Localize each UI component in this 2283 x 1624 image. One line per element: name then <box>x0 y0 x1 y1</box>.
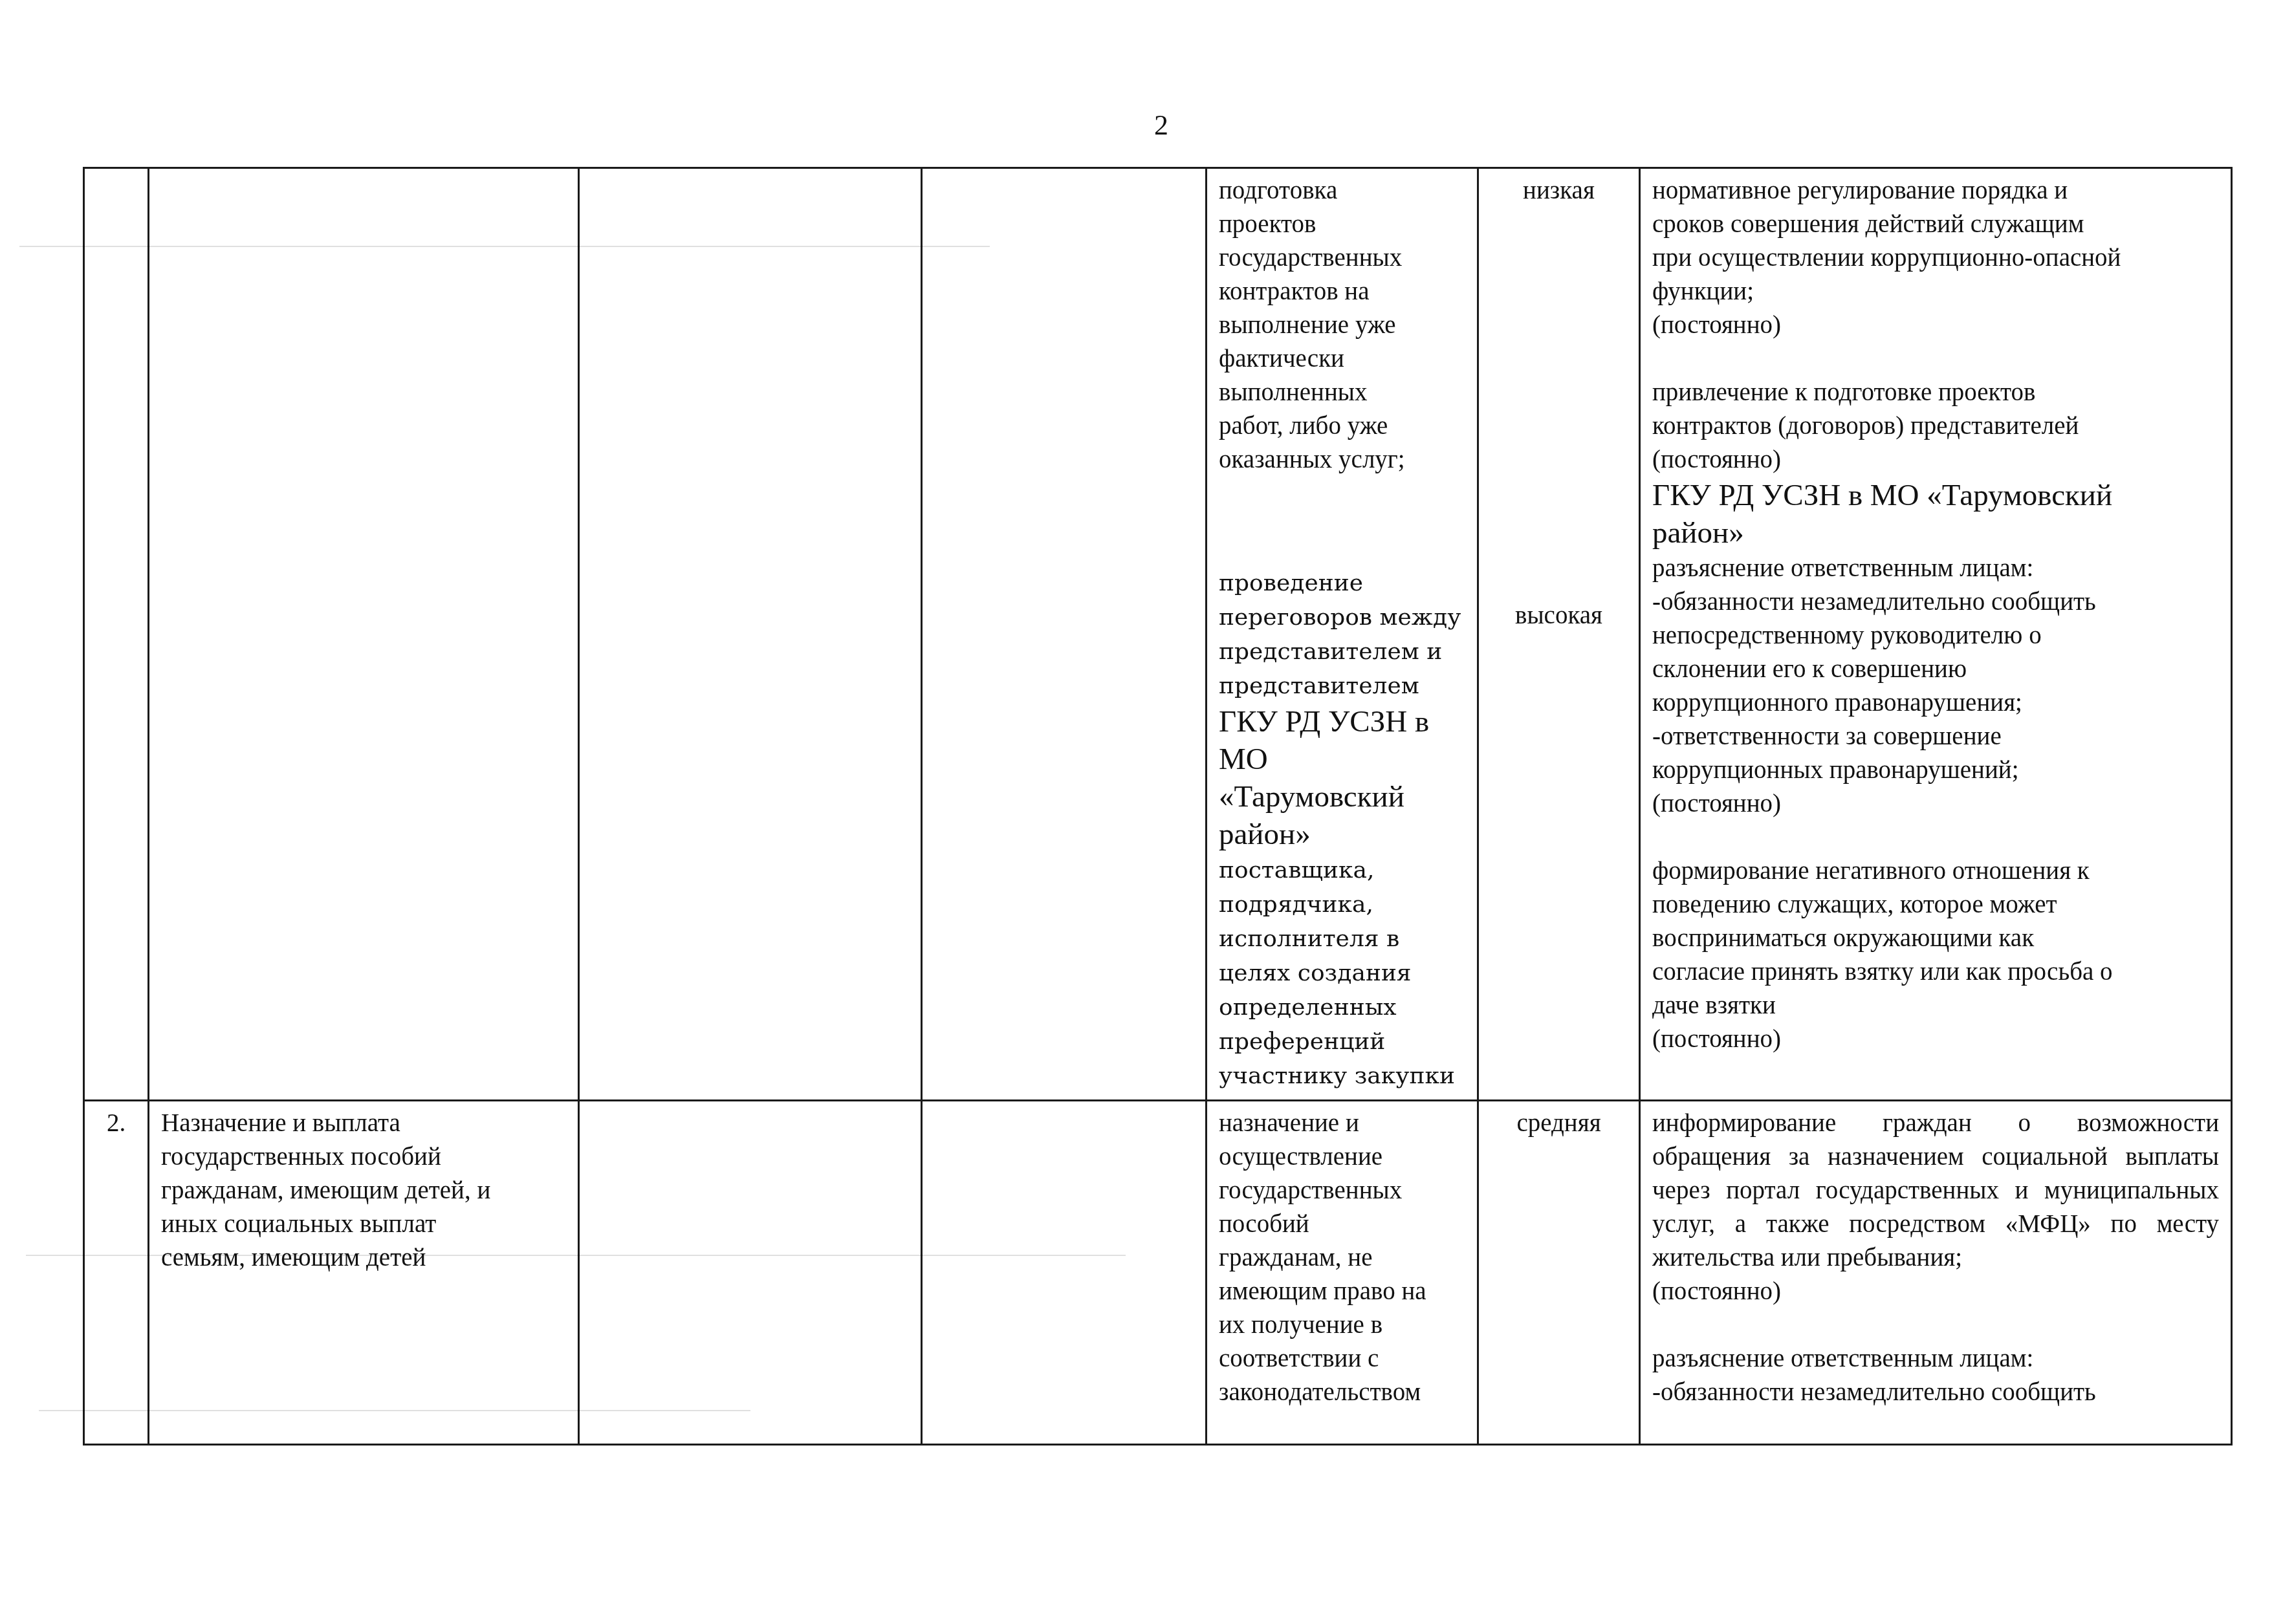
measure-item: информирование граждан о возможности обр… <box>1652 1107 2219 1275</box>
column-4-cell <box>922 168 1207 1101</box>
measure-item: привлечение к подготовке проектов контра… <box>1652 376 2219 477</box>
page-number: 2 <box>1135 109 1187 142</box>
risk-text-prefix: проведение переговоров между представите… <box>1219 566 1465 703</box>
measure-organization: ГКУ РД УСЗН в МО «Тарумовский район» <box>1652 477 2219 552</box>
risk-level-low: низкая <box>1491 174 1627 208</box>
measure-item: формирование негативного отношения к пов… <box>1652 854 2219 1056</box>
risk-cell: подготовка проектов государственных конт… <box>1207 168 1478 1101</box>
measure-period: (постоянно) <box>1652 1275 2219 1308</box>
risk-text-organization: ГКУ РД УСЗН в МО «Тарумовский район» <box>1219 703 1465 853</box>
risk-text: назначение и осуществление государственн… <box>1219 1107 1465 1409</box>
risk-level-cell: низкая высокая <box>1478 168 1640 1101</box>
risk-level-cell: средняя <box>1478 1101 1640 1445</box>
risk-text: подготовка проектов государственных конт… <box>1219 174 1465 477</box>
risk-text-suffix: поставщика, подрядчика, исполнителя в це… <box>1219 853 1465 1093</box>
scan-artifact-line <box>26 1255 1126 1256</box>
column-3-cell <box>579 1101 922 1445</box>
measure-item: разъяснение ответственным лицам: -обязан… <box>1652 1342 2219 1409</box>
row-number-cell: 2. <box>84 1101 149 1445</box>
column-3-cell <box>579 168 922 1101</box>
row-number-cell <box>84 168 149 1101</box>
scan-artifact-line <box>19 246 990 247</box>
function-cell: Назначение и выплата государственных пос… <box>149 1101 579 1445</box>
measure-item: разъяснение ответственным лицам: -обязан… <box>1652 552 2219 821</box>
corruption-risk-table: подготовка проектов государственных конт… <box>83 167 2233 1445</box>
table-row: 2. Назначение и выплата государственных … <box>84 1101 2232 1445</box>
measure-item: нормативное регулирование порядка и срок… <box>1652 174 2219 342</box>
function-cell <box>149 168 579 1101</box>
measures-cell: информирование граждан о возможности обр… <box>1640 1101 2232 1445</box>
measures-cell: нормативное регулирование порядка и срок… <box>1640 168 2232 1101</box>
risk-level-high: высокая <box>1491 599 1627 633</box>
scan-artifact-line <box>39 1410 750 1411</box>
risk-cell: назначение и осуществление государственн… <box>1207 1101 1478 1445</box>
table-row: подготовка проектов государственных конт… <box>84 168 2232 1101</box>
column-4-cell <box>922 1101 1207 1445</box>
risk-level-medium: средняя <box>1491 1107 1627 1140</box>
